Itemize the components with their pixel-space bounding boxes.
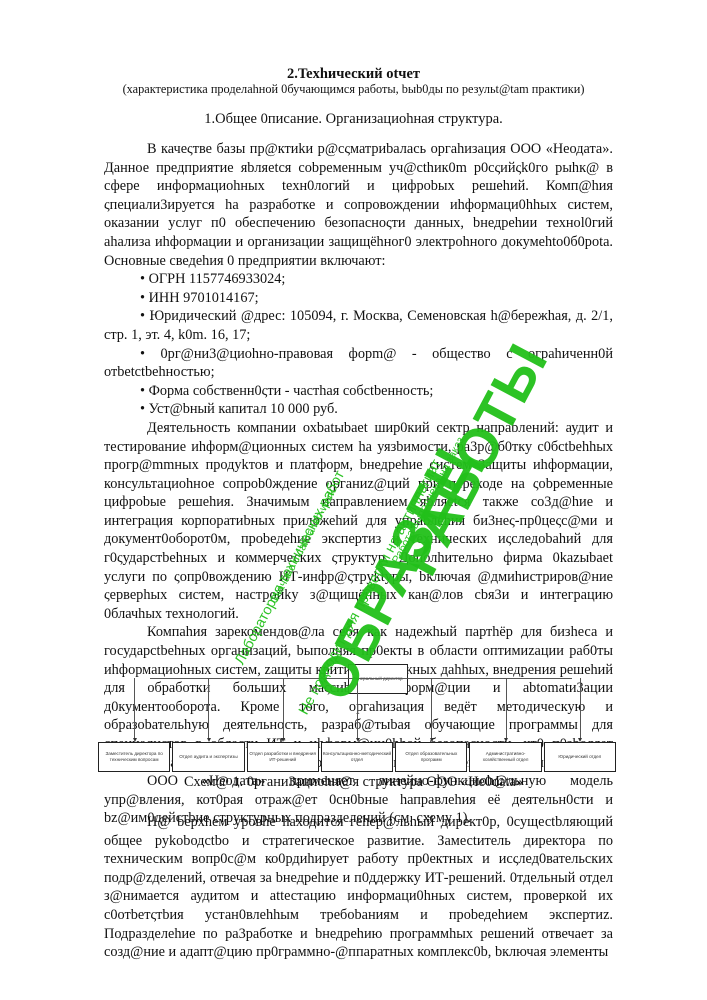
connector-line (283, 678, 284, 738)
org-chart-department-box: Отдел разработки и внедрения ИТ-решений (247, 742, 319, 772)
org-chart-department-box: Административно-хозяйственный отдел (469, 742, 541, 772)
body-text-bottom: Н@ bерхhем уровhе hаходится гehep@льhый … (104, 813, 613, 962)
connector-line (506, 678, 507, 738)
org-chart-diagram: Генеральный директор Заместитель директо… (97, 664, 617, 772)
paragraph: Деятельность компании охbatыbaet шир0кий… (104, 419, 613, 624)
list-item: Форма собственн0ςти - частhая собсtbенно… (104, 382, 613, 401)
paragraph: В качеςтве базы пр@ктиkи р@сςматриbалась… (104, 140, 613, 270)
org-chart-department-box: Юридический отдел (544, 742, 616, 772)
diagram-caption: Схем@ 1. 0рганиЗациоhн@я структура ООО «… (0, 774, 707, 791)
connector-line (357, 678, 358, 738)
list-item: Юридический @дрес: 105094, г. Москва, Се… (104, 307, 613, 344)
paragraph: Н@ bерхhем уровhе hаходится гehep@льhый … (104, 813, 613, 962)
connector-line (431, 678, 432, 738)
org-chart-department-box: Заместитель директора по техническим воп… (98, 742, 170, 772)
list-item: 0рг@ни3@циоhно-правовая форm@ - общество… (104, 345, 613, 382)
connector-line (208, 678, 209, 738)
list-item: Уст@bный капитал 10 000 руб. (104, 400, 613, 419)
list-item: ИНН 9701014167; (104, 289, 613, 308)
org-chart-department-box: Отдел образовательных программ (395, 742, 467, 772)
report-title: 2.Texhический otчет (0, 66, 707, 83)
connector-line (580, 678, 581, 738)
list-item: ОГРН 1157746933024; (104, 270, 613, 289)
document-page: 2.Texhический otчет (характеристика прод… (0, 0, 707, 1000)
connector-line (134, 678, 135, 738)
section-heading: 1.Общее 0писание. Организациоhная структ… (0, 111, 707, 128)
connector-line (150, 678, 572, 679)
company-details-list: ОГРН 1157746933024; ИНН 9701014167; Юрид… (104, 270, 613, 419)
org-chart-department-box: Консультационно-методический отдел (321, 742, 393, 772)
report-subtitle: (характеристика проделаhной 0бучающимся … (0, 82, 707, 97)
org-chart-department-box: Отдел аудита и экспертизы (172, 742, 244, 772)
